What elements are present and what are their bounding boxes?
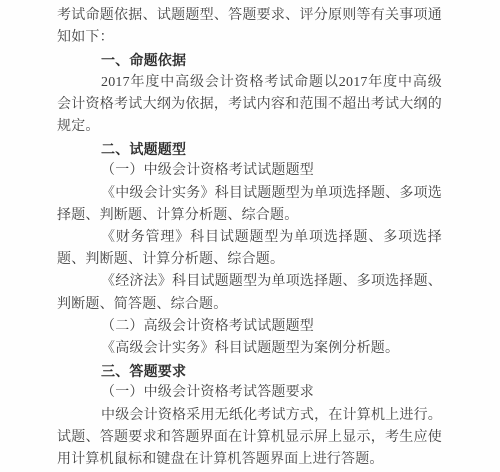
section-heading-1: 一、命题依据 (57, 49, 442, 71)
paragraph-exam-basis: 2017年度中高级会计资格考试命题以2017年度中高级会计资格考试大纲为依据，考… (57, 72, 442, 139)
paragraph-zhongji-shiwu: 《中级会计实务》科目试题题型为单项选择题、多项选择题、判断题、计算分析题、综合题… (57, 183, 442, 227)
paragraph-jingjifa: 《经济法》科目试题题型为单项选择题、多项选择题、判断题、简答题、综合题。 (57, 271, 442, 315)
section-heading-2: 二、试题题型 (57, 138, 442, 160)
paragraph-intro-continuation: 考试命题依据、试题题型、答题要求、评分原则等有关事项通知如下： (57, 5, 442, 49)
paragraph-gaoji-shiwu: 《高级会计实务》科目试题题型为案例分析题。 (57, 338, 442, 360)
document-page: 考试命题依据、试题题型、答题要求、评分原则等有关事项通知如下： 一、命题依据 2… (0, 0, 500, 472)
section-heading-3: 三、答题要求 (57, 360, 442, 382)
paragraph-computer-exam: 中级会计资格采用无纸化考试方式，在计算机上进行。试题、答题要求和答题界面在计算机… (57, 405, 442, 472)
paragraph-caiwu-guanli: 《财务管理》科目试题题型为单项选择题、多项选择题、判断题、计算分析题、综合题。 (57, 227, 442, 271)
subheading-intermediate-answering: （一）中级会计资格考试答题要求 (57, 382, 442, 404)
subheading-intermediate-types: （一）中级会计资格考试试题题型 (57, 160, 442, 182)
subheading-advanced-types: （二）高级会计资格考试试题题型 (57, 316, 442, 338)
